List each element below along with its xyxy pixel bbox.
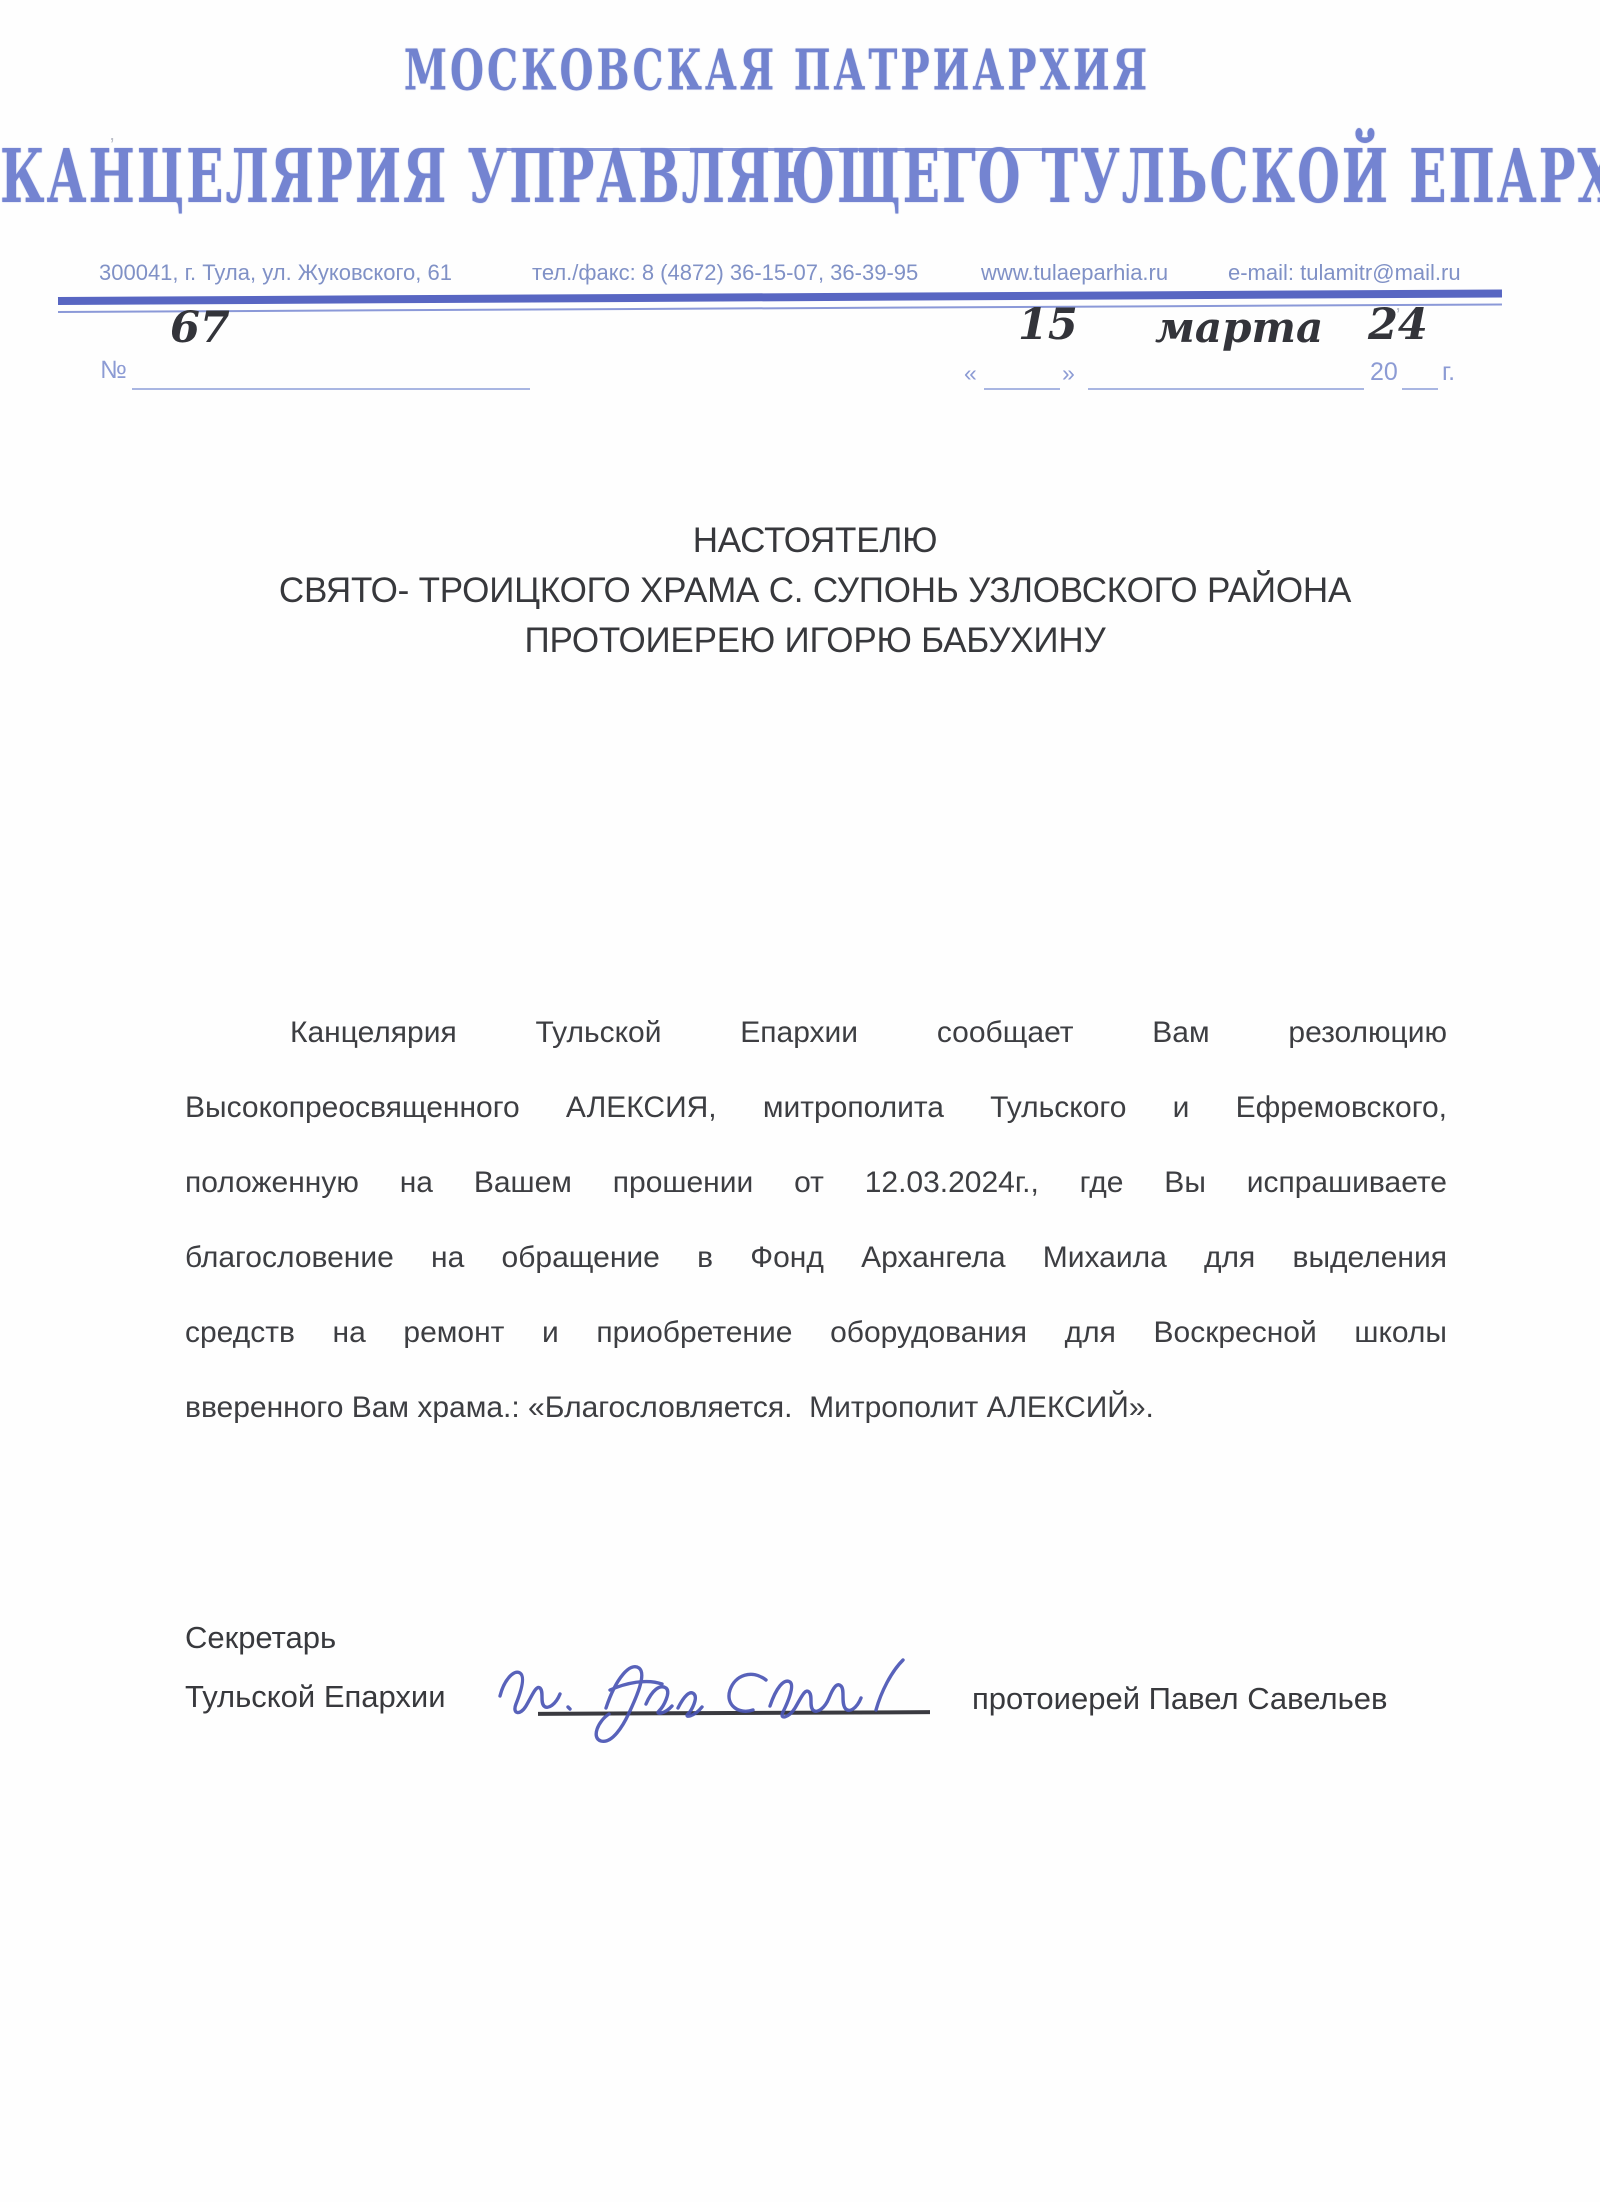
phone-fax: тел./факс: 8 (4872) 36-15-07, 36-39-95 bbox=[532, 260, 918, 286]
email-address: e-mail: tulamitr@mail.ru bbox=[1228, 260, 1461, 286]
year-suffix: г. bbox=[1442, 358, 1455, 387]
handwritten-month: марта bbox=[1155, 303, 1323, 352]
recipient-line: НАСТОЯТЕЛЮ bbox=[15, 516, 1600, 566]
department-title-text: КАНЦЕЛЯРИЯ УПРАВЛЯЮЩЕГО ТУЛЬСКОЙ ЕПАРХИЕ… bbox=[0, 133, 1600, 220]
letter-document: МОСКОВСКАЯ ПАТРИАРХИЯ КАНЦЕЛЯРИЯ УПРАВЛЯ… bbox=[0, 0, 1600, 2202]
signer-title-line1: Секретарь bbox=[185, 1620, 336, 1656]
body-line: средств на ремонт и приобретение оборудо… bbox=[185, 1295, 1447, 1370]
number-label: № bbox=[100, 356, 127, 385]
signer-name: протоиерей Павел Савельев bbox=[972, 1681, 1387, 1717]
body-line: Высокопреосвященного АЛЕКСИЯ, митрополит… bbox=[185, 1070, 1447, 1145]
recipient-block: НАСТОЯТЕЛЮ СВЯТО- ТРОИЦКОГО ХРАМА С. СУП… bbox=[15, 516, 1600, 666]
handwritten-signature bbox=[478, 1622, 938, 1762]
recipient-line: СВЯТО- ТРОИЦКОГО ХРАМА С. СУПОНЬ УЗЛОВСК… bbox=[15, 566, 1600, 616]
scan-artifact: ʼ bbox=[1396, 306, 1400, 329]
letter-body: Канцелярия Тульской Епархии сообщает Вам… bbox=[185, 995, 1447, 1445]
body-line: положенную на Вашем прошении от 12.03.20… bbox=[185, 1145, 1447, 1220]
signer-title-line2: Тульской Епархии bbox=[185, 1679, 446, 1715]
website-url: www.tulaeparhia.ru bbox=[981, 260, 1168, 286]
postal-address: 300041, г. Тула, ул. Жуковского, 61 bbox=[99, 260, 452, 286]
organization-title-text: МОСКОВСКАЯ ПАТРИАРХИЯ bbox=[404, 37, 1150, 104]
body-line: благословение на обращение в Фонд Арханг… bbox=[185, 1220, 1447, 1295]
number-blank-line bbox=[132, 388, 530, 390]
date-day-blank-line bbox=[984, 388, 1060, 390]
scan-artifact: ʼ bbox=[110, 136, 114, 159]
department-title: КАНЦЕЛЯРИЯ УПРАВЛЯЮЩЕГО ТУЛЬСКОЙ ЕПАРХИЕ… bbox=[0, 162, 1534, 220]
year-prefix: 20 bbox=[1370, 358, 1398, 387]
date-quote-open: « bbox=[964, 360, 977, 387]
recipient-line: ПРОТОИЕРЕЮ ИГОРЮ БАБУХИНУ bbox=[15, 616, 1600, 666]
organization-title: МОСКОВСКАЯ ПАТРИАРХИЯ bbox=[0, 58, 1554, 104]
handwritten-day: 15 bbox=[1018, 300, 1078, 350]
handwritten-outgoing-number: 67 bbox=[170, 303, 230, 353]
year-blank-line bbox=[1402, 388, 1438, 390]
body-line: вверенного Вам храма.: «Благословляется.… bbox=[185, 1370, 1447, 1445]
date-quote-close: » bbox=[1062, 360, 1075, 387]
date-month-blank-line bbox=[1088, 388, 1364, 390]
body-line: Канцелярия Тульской Епархии сообщает Вам… bbox=[185, 995, 1447, 1070]
